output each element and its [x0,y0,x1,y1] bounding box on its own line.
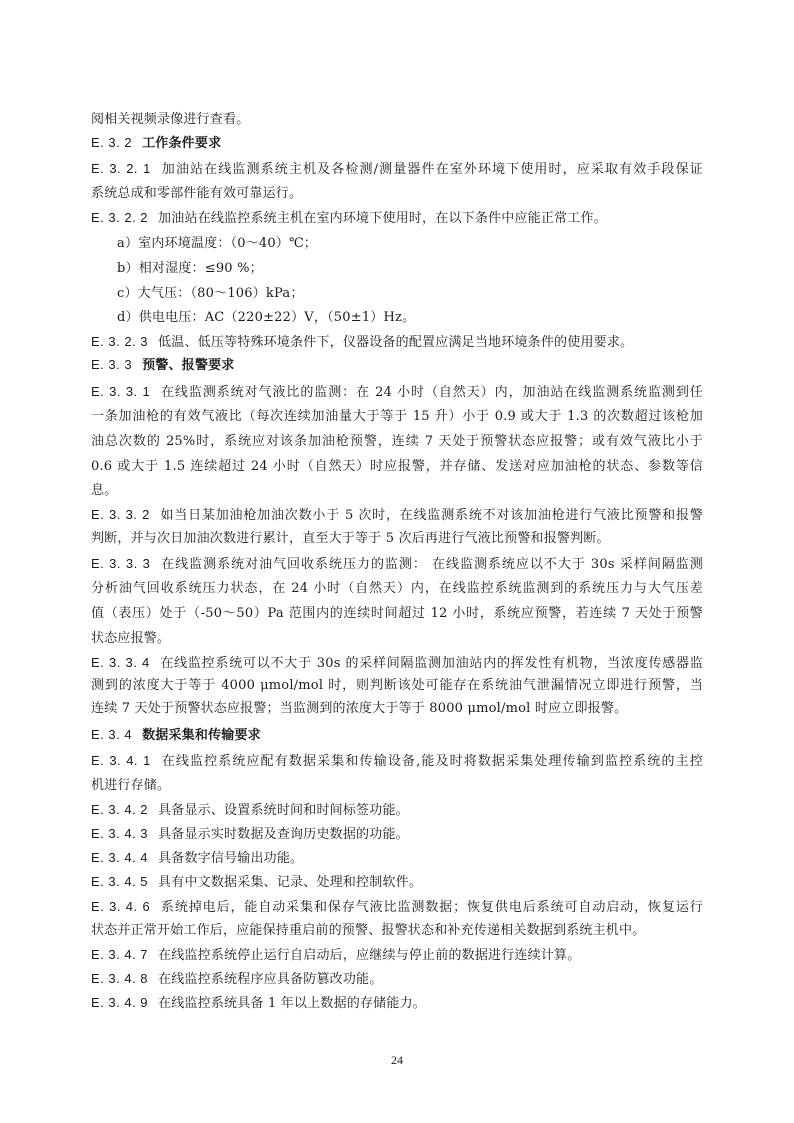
line-text: 在线监控系统具备 1 年以上数据的存储能力。 [158,996,426,1011]
line-text: a）室内环境温度：（0～40）℃； [117,236,317,251]
clause-paragraph: E. 3. 3. 4在线监控系统可以不大于 30s 的采样间隔监测加油站内的挥发… [91,654,703,673]
line-text: 连续 7 天处于预警状态应报警；当监测到的浓度大于等于 8000 μmol/mo… [91,701,627,716]
clause-number: E. 3. 3. 4 [91,655,150,670]
clause-paragraph: E. 3. 2. 1加油站在线监测系统主机及各检测/测量器件在室外环境下使用时，… [91,160,703,179]
paragraph-line: b）相对湿度：≤90 %； [117,260,263,278]
clause-paragraph: E. 3. 4. 4具备数字信号输出功能。 [91,849,303,868]
clause-number: E. 3. 4 [91,727,132,742]
line-text: 在线监测系统对油气回收系统压力的监测： 在线监测系统应以不大于 30s 采样间隔… [160,557,703,572]
clause-number: E. 3. 2. 1 [91,161,151,176]
clause-paragraph: E. 3. 4. 7在线监控系统停止运行自启动后，应继续与停止前的数据进行连续计… [91,946,580,965]
clause-number: E. 3. 4. 8 [91,971,148,986]
line-text: 测到的浓度大于等于 4000 μmol/mol 时，则判断该处可能存在系统油气泄… [91,678,703,693]
clause-number: E. 3. 2 [91,135,132,150]
line-text: 油总次数的 25%时，系统应对该条加油枪预警，连续 7 天处于预警状态应报警；或… [91,434,703,449]
line-text: 分析油气回收系统压力状态，在 24 小时（自然天）内，在线监控系统监测到的系统压… [91,581,703,596]
line-text: 系统掉电后，能自动采集和保存气液比监测数据；恢复供电后系统可自动启动，恢复运行 [160,900,703,915]
line-text: 工作条件要求 [142,136,221,151]
paragraph-line: 测到的浓度大于等于 4000 μmol/mol 时，则判断该处可能存在系统油气泄… [91,677,703,695]
clause-paragraph: E. 3. 2. 3低温、低压等特殊环境条件下，仪器设备的配置应满足当地环境条件… [91,333,633,352]
paragraph-line: c）大气压：（80～106）kPa； [117,285,304,303]
clause-paragraph: E. 3. 4. 3具备显示实时数据及查询历史数据的功能。 [91,825,409,844]
paragraph-line: a）室内环境温度：（0～40）℃； [117,235,317,253]
clause-paragraph: E. 3. 4. 5具有中文数据采集、记录、处理和控制软件。 [91,873,422,892]
clause-number: E. 3. 4. 4 [91,850,148,865]
line-text: 数据采集和传输要求 [142,728,261,743]
clause-paragraph: E. 3. 3. 1在线监测系统对气液比的监测：在 24 小时（自然天）内，加油… [91,383,703,402]
clause-number: E. 3. 4. 9 [91,995,148,1010]
line-text: 具备显示、设置系统时间和时间标签功能。 [158,803,409,818]
clause-paragraph: E. 3. 4. 8在线监控系统程序应具备防篡改功能。 [91,970,382,989]
clause-number: E. 3. 4. 2 [91,802,148,817]
clause-paragraph: E. 3. 4. 9在线监控系统具备 1 年以上数据的存储能力。 [91,994,426,1013]
paragraph-line: 连续 7 天处于预警状态应报警；当监测到的浓度大于等于 8000 μmol/mo… [91,700,627,718]
clause-number: E. 3. 4. 5 [91,874,148,889]
line-text: 判断，并与次日加油次数进行累计，直至大于等于 5 次后再进行气液比预警和报警判断… [91,531,610,546]
clause-number: E. 3. 4. 3 [91,826,148,841]
paragraph-line: 判断，并与次日加油次数进行累计，直至大于等于 5 次后再进行气液比预警和报警判断… [91,530,610,548]
line-text: 加油站在线监控系统主机在室内环境下使用时，在以下条件中应能正常工作。 [158,211,607,226]
clause-number: E. 3. 3. 3 [91,556,150,571]
clause-paragraph: E. 3. 3. 3在线监测系统对油气回收系统压力的监测： 在线监测系统应以不大… [91,555,703,574]
line-text: 在线监控系统程序应具备防篡改功能。 [158,972,382,987]
section-heading: E. 3. 4数据采集和传输要求 [91,726,261,745]
line-text: 在线监控系统可以不大于 30s 的采样间隔监测加油站内的挥发性有机物，当浓度传感… [160,656,703,671]
line-text: d）供电电压：AC（220±22）V，（50±1）Hz。 [117,310,415,325]
clause-number: E. 3. 3. 1 [91,384,150,399]
line-text: 加油站在线监测系统主机及各检测/测量器件在室外环境下使用时，应采取有效手段保证 [161,162,703,177]
clause-number: E. 3. 4. 6 [91,899,150,914]
line-text: b）相对湿度：≤90 %； [117,261,263,276]
line-text: 息。 [91,483,117,498]
line-text: 预警、报警要求 [142,358,234,373]
clause-paragraph: E. 3. 4. 6系统掉电后，能自动采集和保存气液比监测数据；恢复供电后系统可… [91,898,703,917]
line-text: 系统总成和零部件能有效可靠运行。 [91,186,302,201]
section-heading: E. 3. 2工作条件要求 [91,134,221,153]
paragraph-line: d）供电电压：AC（220±22）V，（50±1）Hz。 [117,309,415,327]
paragraph-line: 状态应报警。 [91,630,170,648]
line-text: 如当日某加油枪加油次数小于 5 次时，在线监测系统不对该加油枪进行气液比预警和报… [160,508,703,523]
paragraph-line: 机进行存储。 [91,777,170,795]
line-text: 具备显示实时数据及查询历史数据的功能。 [158,827,409,842]
paragraph-line: 值（表压）处于（-50～50）Pa 范围内的连续时间超过 12 小时，系统应预警… [91,605,703,623]
paragraph-line: 0.6 或大于 1.5 连续超过 24 小时（自然天）时应报警，并存储、发送对应… [91,458,703,476]
paragraph-line: 息。 [91,482,117,500]
clause-number: E. 3. 2. 3 [91,334,148,349]
clause-number: E. 3. 3. 2 [91,507,150,522]
line-text: 低温、低压等特殊环境条件下，仪器设备的配置应满足当地环境条件的使用要求。 [158,335,633,350]
line-text: c）大气压：（80～106）kPa； [117,286,304,301]
clause-paragraph: E. 3. 4. 1在线监控系统应配有数据采集和传输设备,能及时将数据采集处理传… [91,752,703,771]
line-text: 在线监测系统对气液比的监测：在 24 小时（自然天）内，加油站在线监测系统监测到… [160,385,703,400]
clause-number: E. 3. 4. 1 [91,753,151,768]
paragraph-line: 系统总成和零部件能有效可靠运行。 [91,185,302,203]
paragraph-line: 阅相关视频录像进行查看。 [91,111,249,129]
paragraph-line: 状态并正常开始工作后，应能保持重启前的预警、报警状态和补充传递相关数据到系统主机… [91,922,645,940]
line-text: 在线监控系统应配有数据采集和传输设备,能及时将数据采集处理传输到监控系统的主控 [161,754,703,769]
clause-number: E. 3. 4. 7 [91,947,148,962]
clause-paragraph: E. 3. 2. 2加油站在线监控系统主机在室内环境下使用时，在以下条件中应能正… [91,209,607,228]
page-number: 24 [0,1053,794,1068]
paragraph-line: 一条加油枪的有效气液比（每次连续加油量大于等于 15 升）小于 0.9 或大于 … [91,408,703,426]
paragraph-line: 油总次数的 25%时，系统应对该条加油枪预警，连续 7 天处于预警状态应报警；或… [91,433,703,451]
line-text: 具有中文数据采集、记录、处理和控制软件。 [158,875,422,890]
clause-number: E. 3. 3 [91,357,132,372]
line-text: 状态并正常开始工作后，应能保持重启前的预警、报警状态和补充传递相关数据到系统主机… [91,923,645,938]
line-text: 值（表压）处于（-50～50）Pa 范围内的连续时间超过 12 小时，系统应预警… [91,606,703,621]
line-text: 机进行存储。 [91,778,170,793]
clause-paragraph: E. 3. 3. 2如当日某加油枪加油次数小于 5 次时，在线监测系统不对该加油… [91,506,703,525]
clause-paragraph: E. 3. 4. 2具备显示、设置系统时间和时间标签功能。 [91,801,409,820]
section-heading: E. 3. 3预警、报警要求 [91,356,234,375]
line-text: 阅相关视频录像进行查看。 [91,112,249,127]
line-text: 具备数字信号输出功能。 [158,851,303,866]
paragraph-line: 分析油气回收系统压力状态，在 24 小时（自然天）内，在线监控系统监测到的系统压… [91,580,703,598]
line-text: 在线监控系统停止运行自启动后，应继续与停止前的数据进行连续计算。 [158,948,580,963]
line-text: 状态应报警。 [91,631,170,646]
clause-number: E. 3. 2. 2 [91,210,148,225]
line-text: 0.6 或大于 1.5 连续超过 24 小时（自然天）时应报警，并存储、发送对应… [91,459,703,474]
line-text: 一条加油枪的有效气液比（每次连续加油量大于等于 15 升）小于 0.9 或大于 … [91,409,703,424]
